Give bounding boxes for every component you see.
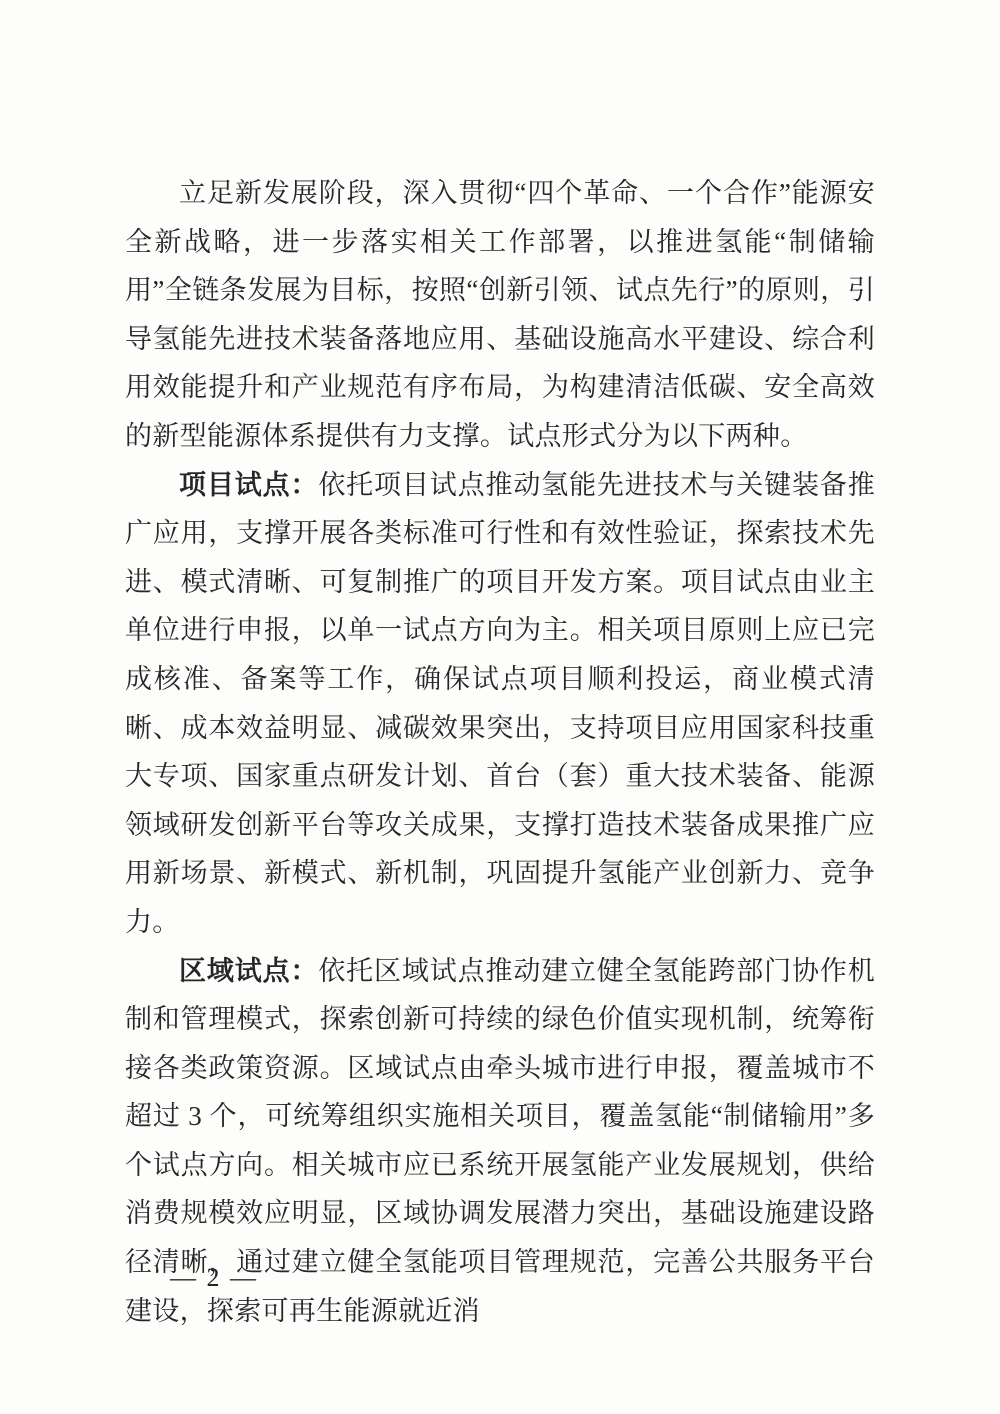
paragraph-project-pilot-text: 依托项目试点推动氢能先进技术与关键装备推广应用，支撑开展各类标准可行性和有效性验… (125, 470, 875, 937)
paragraph-project-pilot: 项目试点：依托项目试点推动氢能先进技术与关键装备推广应用，支撑开展各类标准可行性… (125, 461, 875, 947)
paragraph-project-pilot-lead: 项目试点： (179, 470, 318, 500)
paragraph-region-pilot-lead: 区域试点： (179, 956, 318, 986)
paragraph-intro: 立足新发展阶段，深入贯彻“四个革命、一个合作”能源安全新战略，进一步落实相关工作… (125, 169, 875, 461)
paragraph-intro-text: 立足新发展阶段，深入贯彻“四个革命、一个合作”能源安全新战略，进一步落实相关工作… (125, 178, 875, 451)
page-number: — 2 — (170, 1263, 258, 1293)
document-page: 立足新发展阶段，深入贯彻“四个革命、一个合作”能源安全新战略，进一步落实相关工作… (0, 0, 1000, 1414)
document-body: 立足新发展阶段，深入贯彻“四个革命、一个合作”能源安全新战略，进一步落实相关工作… (125, 169, 875, 1335)
